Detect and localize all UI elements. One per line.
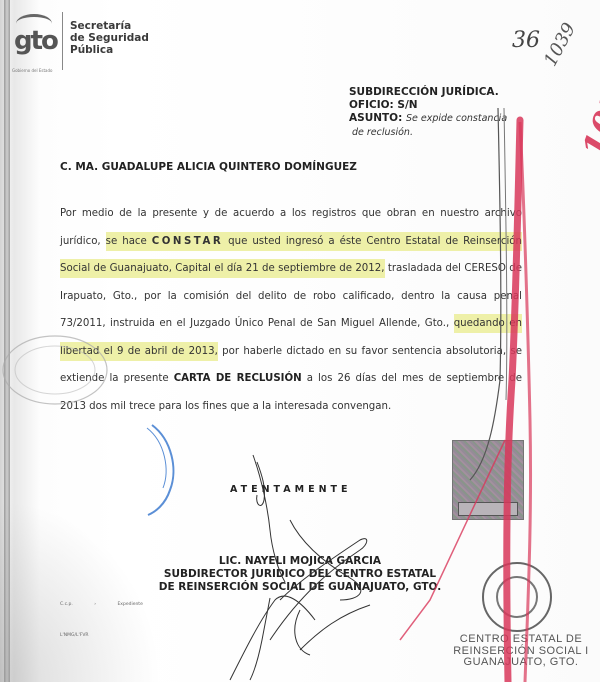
body-text: se hace bbox=[106, 236, 152, 247]
department-line: Secretaría bbox=[70, 20, 149, 32]
oficio-label: OFICIO: bbox=[349, 99, 394, 111]
photo-stamp-label bbox=[458, 502, 518, 516]
signature-block: LIC. NAYELI MOJICA GARCIA SUBDIRECTOR JU… bbox=[140, 555, 460, 594]
oficio-line: OFICIO: S/N bbox=[349, 99, 507, 112]
signer-title: DE REINSERCIÓN SOCIAL DE GUANAJUATO, GTO… bbox=[140, 581, 460, 594]
stamp-line: GUANAJUATO, GTO. bbox=[436, 657, 600, 669]
asunto-value-continued: de reclusión. bbox=[352, 127, 413, 138]
salutation: ATENTAMENTE bbox=[230, 484, 352, 495]
department-line: de Seguridad bbox=[70, 32, 149, 44]
logo-text: gto bbox=[14, 26, 57, 56]
logo-subtitle: Gobierno del Estado bbox=[12, 68, 53, 73]
oficio-value: S/N bbox=[397, 99, 417, 111]
scan-shadow bbox=[0, 500, 160, 682]
addressee: C. MA. GUADALUPE ALICIA QUINTERO DOMÍNGU… bbox=[60, 161, 357, 173]
stamp-line: CENTRO ESTATAL DE bbox=[436, 634, 600, 646]
body-paragraph: Por medio de la presente y de acuerdo a … bbox=[60, 200, 522, 420]
asunto-value: Se expide constancia bbox=[406, 113, 507, 124]
handwritten-folio-red: 1038 bbox=[575, 61, 600, 164]
cc-label: C.c.p. bbox=[60, 602, 73, 607]
initials: L'NMG/L'FVR bbox=[60, 633, 89, 638]
unit-name: SUBDIRECCIÓN JURÍDICA. bbox=[349, 86, 507, 99]
signer-title: SUBDIRECTOR JURIDICO DEL CENTRO ESTATAL bbox=[140, 568, 460, 581]
department-name: Secretaría de Seguridad Pública bbox=[70, 20, 149, 56]
department-line: Pública bbox=[70, 44, 149, 56]
signer-name: LIC. NAYELI MOJICA GARCIA bbox=[140, 555, 460, 568]
document-type-emphasis: CARTA DE RECLUSIÓN bbox=[174, 373, 302, 384]
asunto-line: ASUNTO: Se expide constancia bbox=[349, 112, 507, 125]
reference-block: SUBDIRECCIÓN JURÍDICA. OFICIO: S/N ASUNT… bbox=[349, 86, 507, 125]
asunto-label: ASUNTO: bbox=[349, 112, 402, 124]
handwritten-folio-pencil: 1039 bbox=[540, 20, 580, 70]
constar-emphasis: CONSTAR bbox=[152, 236, 223, 247]
document-page: gto Gobierno del Estado Secretaría de Se… bbox=[0, 0, 600, 682]
copies-block: C.c.p. › Expediente bbox=[60, 601, 143, 609]
logo-divider bbox=[62, 12, 63, 70]
official-seal-icon bbox=[482, 562, 552, 632]
handwritten-page-number: 36 bbox=[512, 28, 540, 53]
cc-arrow-icon: › bbox=[94, 602, 96, 607]
letter-body: Por medio de la presente y de acuerdo a … bbox=[60, 200, 522, 420]
cc-target: Expediente bbox=[117, 602, 142, 607]
institution-stamp: CENTRO ESTATAL DE REINSERCIÓN SOCIAL I G… bbox=[436, 634, 600, 669]
